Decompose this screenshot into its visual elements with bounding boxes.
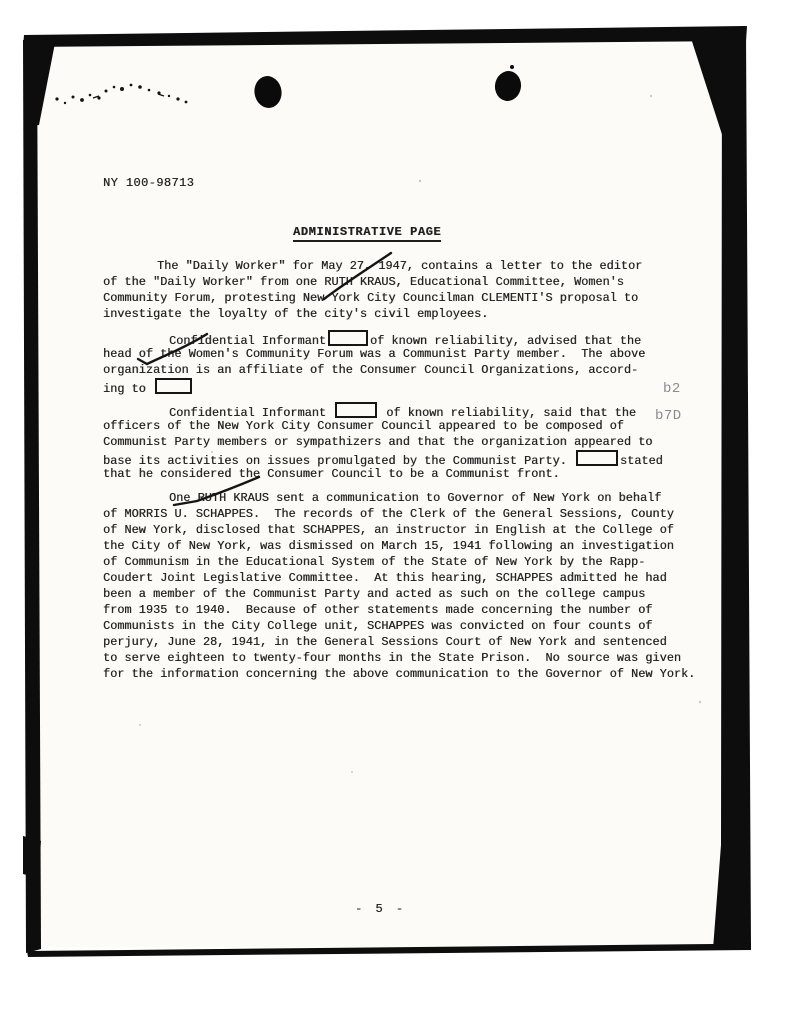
- text-segment: to serve eighteen to twenty-four months …: [103, 651, 681, 665]
- text-line: Confidential Informant of known reliabil…: [103, 402, 728, 418]
- text-segment: The "Daily Worker" for May 27, 1947, con…: [157, 259, 642, 273]
- text-line: of New York, disclosed that SCHAPPES, an…: [103, 522, 728, 538]
- text-segment: investigate the loyalty of the city's ci…: [103, 307, 488, 321]
- text-line: to serve eighteen to twenty-four months …: [103, 650, 728, 666]
- scanned-document-page: NY 100-98713 ADMINISTRATIVE PAGE The "Da…: [0, 0, 791, 1024]
- page-title: ADMINISTRATIVE PAGE: [293, 225, 441, 242]
- redaction-box: [576, 450, 618, 466]
- text-line: head of the Women's Community Forum was …: [103, 346, 728, 362]
- text-segment: officers of the New York City Consumer C…: [103, 419, 624, 433]
- text-segment: for the information concerning the above…: [103, 667, 695, 681]
- text-segment: stated: [620, 454, 663, 468]
- text-line: perjury, June 28, 1941, in the General S…: [103, 634, 728, 650]
- text-line: Communist Party members or sympathizers …: [103, 434, 728, 450]
- text-line: Coudert Joint Legislative Committee. At …: [103, 570, 728, 586]
- text-line: for the information concerning the above…: [103, 666, 728, 682]
- text-line: from 1935 to 1940. Because of other stat…: [103, 602, 728, 618]
- text-line: Communists in the City College unit, SCH…: [103, 618, 728, 634]
- text-line: of Communism in the Educational System o…: [103, 554, 728, 570]
- redaction-box: [155, 378, 192, 394]
- exemption-code-b7d: b7D: [655, 408, 682, 424]
- text-line: ing to: [103, 378, 728, 394]
- exemption-code-b2: b2: [663, 381, 681, 397]
- text-line: base its activities on issues promulgate…: [103, 450, 728, 466]
- text-segment: from 1935 to 1940. Because of other stat…: [103, 603, 652, 617]
- redaction-box: [335, 402, 377, 418]
- text-segment: of New York, disclosed that SCHAPPES, an…: [103, 523, 674, 537]
- text-segment: One RUTH KRAUS sent a communication to G…: [169, 491, 661, 505]
- text-line: the City of New York, was dismissed on M…: [103, 538, 728, 554]
- text-segment: the City of New York, was dismissed on M…: [103, 539, 674, 553]
- text-line: investigate the loyalty of the city's ci…: [103, 306, 728, 322]
- text-segment: that he considered the Consumer Council …: [103, 467, 560, 481]
- text-line: Confidential Informantof known reliabili…: [103, 330, 728, 346]
- paragraph: One RUTH KRAUS sent a communication to G…: [103, 490, 728, 682]
- text-segment: of Communism in the Educational System o…: [103, 555, 645, 569]
- text-segment: perjury, June 28, 1941, in the General S…: [103, 635, 667, 649]
- text-line: of MORRIS U. SCHAPPES. The records of th…: [103, 506, 728, 522]
- text-segment: Coudert Joint Legislative Committee. At …: [103, 571, 667, 585]
- text-line: The "Daily Worker" for May 27, 1947, con…: [103, 258, 728, 274]
- text-line: One RUTH KRAUS sent a communication to G…: [103, 490, 728, 506]
- paragraph: The "Daily Worker" for May 27, 1947, con…: [103, 258, 728, 322]
- paragraph: Confidential Informant of known reliabil…: [103, 402, 728, 482]
- redaction-box: [328, 330, 368, 346]
- text-line: of the "Daily Worker" from one RUTH KRAU…: [103, 274, 728, 290]
- text-line: organization is an affiliate of the Cons…: [103, 362, 728, 378]
- text-line: been a member of the Communist Party and…: [103, 586, 728, 602]
- text-segment: Community Forum, protesting New York Cit…: [103, 291, 638, 305]
- document-body: The "Daily Worker" for May 27, 1947, con…: [103, 258, 728, 690]
- text-segment: organization is an affiliate of the Cons…: [103, 363, 638, 377]
- text-line: Community Forum, protesting New York Cit…: [103, 290, 728, 306]
- file-number: NY 100-98713: [103, 176, 194, 190]
- paragraph: Confidential Informantof known reliabili…: [103, 330, 728, 394]
- page-number: - 5 -: [355, 902, 406, 916]
- text-segment: of MORRIS U. SCHAPPES. The records of th…: [103, 507, 674, 521]
- text-segment: of the "Daily Worker" from one RUTH KRAU…: [103, 275, 624, 289]
- text-segment: Communist Party members or sympathizers …: [103, 435, 652, 449]
- text-segment: ing to: [103, 382, 153, 396]
- text-segment: been a member of the Communist Party and…: [103, 587, 645, 601]
- text-segment: head of the Women's Community Forum was …: [103, 347, 645, 361]
- text-line: that he considered the Consumer Council …: [103, 466, 728, 482]
- text-line: officers of the New York City Consumer C…: [103, 418, 728, 434]
- text-segment: Communists in the City College unit, SCH…: [103, 619, 652, 633]
